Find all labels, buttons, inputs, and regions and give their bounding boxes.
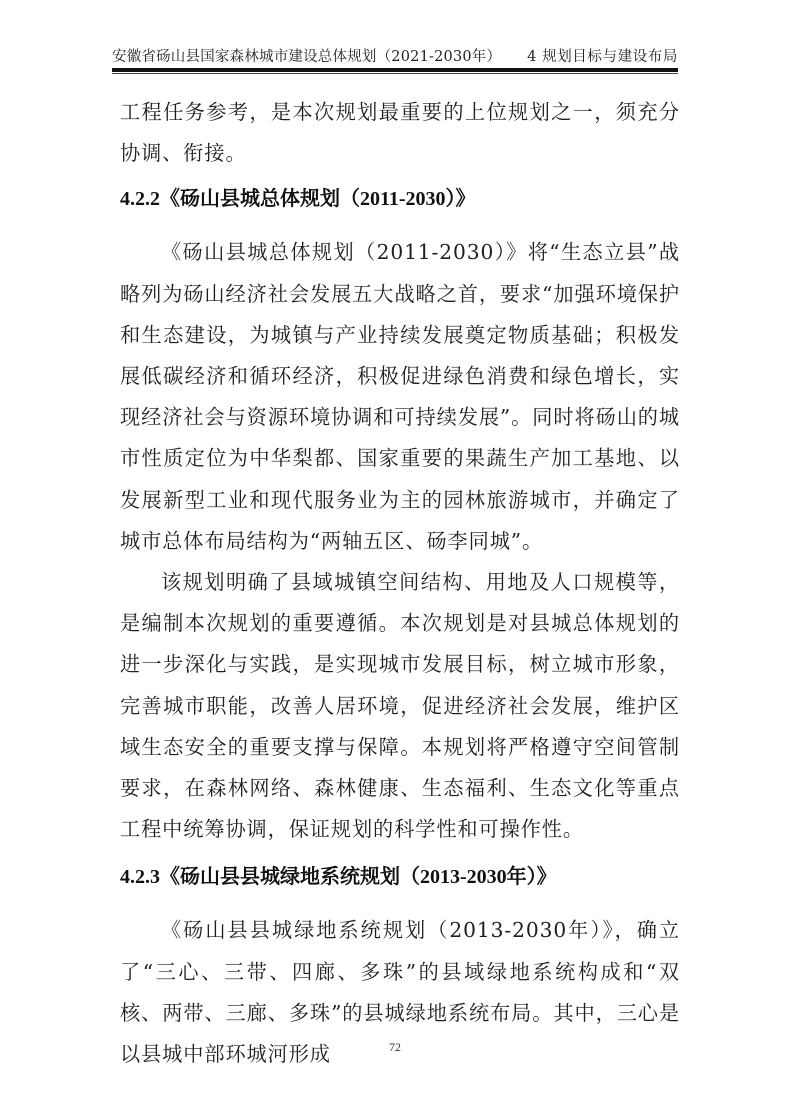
section-4-2-2-paragraph-1: 《砀山县城总体规划（2011-2030）》将“生态立县”战略列为砀山经济社会发展… — [120, 232, 680, 562]
running-header: 安徽省砀山县国家森林城市建设总体规划（2021-2030年） 4 规划目标与建设… — [112, 44, 678, 66]
page-number: 72 — [0, 1040, 790, 1055]
header-rule-thin — [112, 73, 678, 74]
page-body: 工程任务参考，是本次规划最重要的上位规划之一，须充分协调、衔接。 4.2.2《砀… — [120, 92, 680, 1075]
section-heading-4-2-3: 4.2.3《砀山县县城绿地系统规划（2013-2030年）》 — [120, 866, 680, 888]
continuation-paragraph: 工程任务参考，是本次规划最重要的上位规划之一，须充分协调、衔接。 — [120, 92, 680, 174]
header-document-title: 安徽省砀山县国家森林城市建设总体规划（2021-2030年） — [112, 45, 501, 66]
header-rule-thick — [112, 68, 678, 72]
section-heading-4-2-2: 4.2.2《砀山县城总体规划（2011-2030）》 — [120, 188, 680, 210]
section-4-2-2-paragraph-2: 该规划明确了县域城镇空间结构、用地及人口规模等，是编制本次规划的重要遵循。本次规… — [120, 562, 680, 850]
header-chapter-title: 4 规划目标与建设布局 — [527, 45, 678, 66]
